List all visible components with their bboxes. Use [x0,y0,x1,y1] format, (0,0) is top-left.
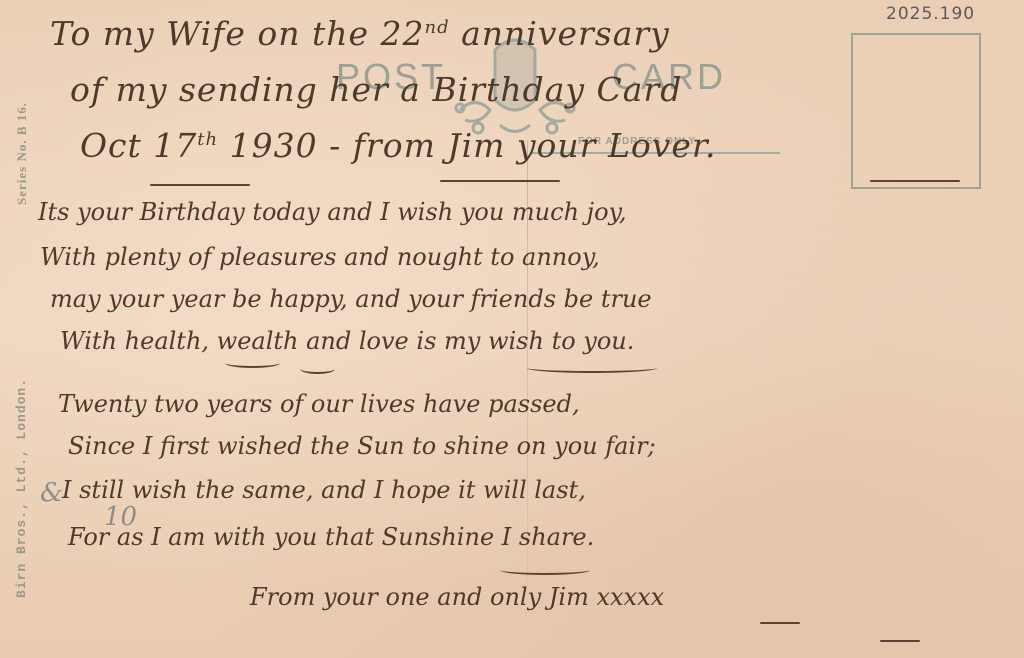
verse2-line-4: For as I am with you that Sunshine I sha… [68,523,594,551]
signature: From your one and only Jim xxxxx [250,583,664,611]
series-number-label: Series No. B 16. [14,102,30,205]
underline-stroke [440,180,560,182]
verse1-line-1: Its your Birthday today and I wish you m… [38,198,627,226]
pencil-mark: & [40,478,63,508]
underline-squiggle [225,358,280,368]
stamp-box [851,33,981,189]
archive-number: 2025.190 [886,4,975,24]
publisher-label: Birn Bros., Ltd., London. [14,378,29,598]
verse1-line-2: With plenty of pleasures and nought to a… [40,243,600,271]
underline-squiggle [300,364,335,374]
dedication-line-1: To my Wife on the 22nd anniversary [50,14,670,53]
verse1-line-3: may your year be happy, and your friends… [50,285,652,313]
verse2-line-2: Since I first wished the Sun to shine on… [68,432,656,460]
underline-stroke [870,180,960,182]
underline-squiggle [527,363,657,373]
underline-stroke [150,184,250,186]
verse2-line-3: I still wish the same, and I hope it wil… [62,476,586,504]
dedication-line-3: Oct 17th 1930 - from Jim your Lover. [80,126,717,165]
underline-stroke [760,622,800,624]
dedication-line-2: of my sending her a Birthday Card [70,70,682,109]
postcard-back: Series No. B 16. Birn Bros., Ltd., Londo… [0,0,1024,658]
underline-squiggle [500,565,590,575]
verse1-line-4: With health, wealth and love is my wish … [60,327,634,355]
underline-stroke [880,640,920,642]
verse2-line-1: Twenty two years of our lives have passe… [58,390,580,418]
pencil-mark: 10 [104,502,137,532]
